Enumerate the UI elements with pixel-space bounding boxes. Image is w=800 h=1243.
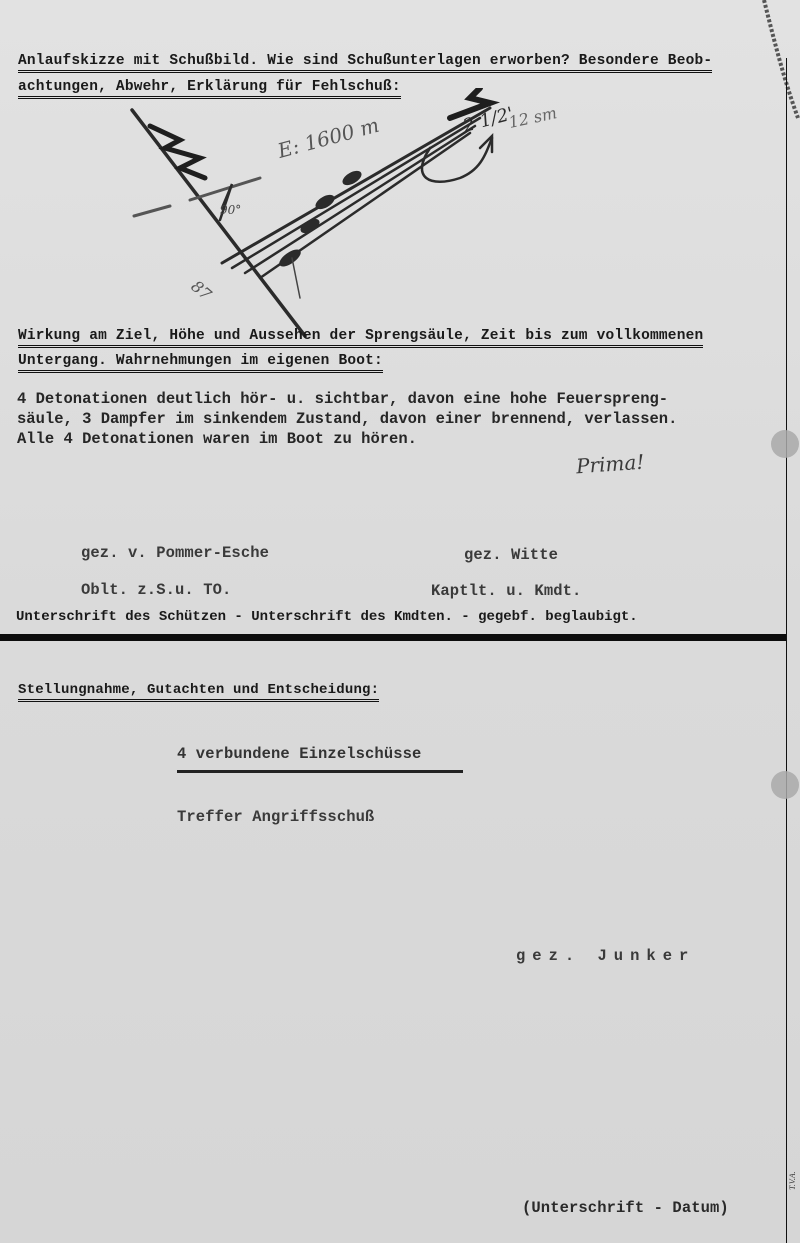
shooter-signature: gez. v. Pommer-Esche [81,544,269,562]
sketch-angle-annotation: 90° [220,203,241,217]
section-divider [0,634,786,641]
effect-heading-line2: Untergang. Wahrnehmungen im eigenen Boot… [18,353,383,373]
commander-signature: gez. Witte [464,546,558,564]
effect-heading-line1: Wirkung am Ziel, Höhe und Aussehen der S… [18,328,703,348]
commander-rank: Kaptlt. u. Kmdt. [431,582,581,600]
effect-body-line: Alle 4 Detonationen waren im Boot zu hör… [17,429,677,449]
approach-heading-line1: Anlaufskizze mit Schußbild. Wie sind Sch… [18,53,712,73]
document-page: Anlaufskizze mit Schußbild. Wie sind Sch… [0,0,800,1243]
evaluator-signature: gez. Junker [516,947,695,965]
decision-line-1: 4 verbundene Einzelschüsse [177,745,421,763]
shooter-rank: Oblt. z.S.u. TO. [81,581,231,599]
sketch-knots-annotation: 12 sm [507,103,559,132]
sketch-distance-annotation: E: 1600 m [274,113,382,163]
signature-caption: Unterschrift des Schützen - Unterschrift… [16,609,638,625]
right-margin-line [786,58,787,1243]
margin-stamp: T.V.A. [788,1171,797,1190]
effect-heading: Wirkung am Ziel, Höhe und Aussehen der S… [18,328,703,344]
handwritten-remark: Prima! [575,450,645,479]
effect-body: 4 Detonationen deutlich hör- u. sichtbar… [17,389,677,449]
page-edge-shadow [760,0,800,120]
sketch-left-annotation: 87 [187,277,215,305]
evaluation-heading: Stellungnahme, Gutachten und Entscheidun… [18,682,379,698]
approach-heading: Anlaufskizze mit Schußbild. Wie sind Sch… [18,53,712,69]
punch-hole-lower [771,771,799,799]
evaluation-heading-text: Stellungnahme, Gutachten und Entscheidun… [18,682,379,702]
attack-sketch: E: 1600 m 2 1/2' 12 sm 90° 87 [120,88,600,338]
decision-underline [177,770,463,773]
evaluation-signature-caption: (Unterschrift - Datum) [522,1199,729,1217]
effect-heading-2: Untergang. Wahrnehmungen im eigenen Boot… [18,353,383,369]
effect-body-line: säule, 3 Dampfer im sinkendem Zustand, d… [17,409,677,429]
decision-line-2: Treffer Angriffsschuß [177,808,374,826]
effect-body-line: 4 Detonationen deutlich hör- u. sichtbar… [17,389,677,409]
punch-hole-upper [771,430,799,458]
